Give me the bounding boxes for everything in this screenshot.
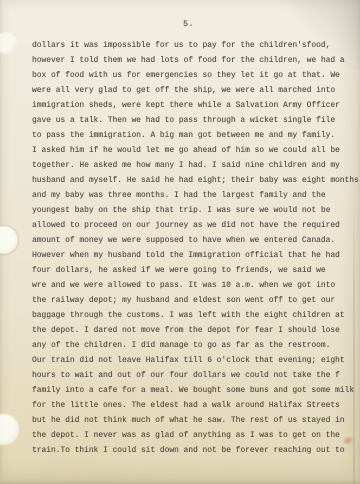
page-number: 5. [32,20,345,29]
text-line: box of food with us for emergencies so t… [32,68,352,83]
text-line: the depot. I dared not move from the dep… [32,323,352,338]
text-line: Our train did not leave Halifax till 6 o… [32,353,352,368]
text-line: husband and myself. He said he had eight… [32,173,352,188]
text-line: youngest baby on the ship that trip. I w… [32,203,352,218]
text-line: hours to wait and out of our four dollar… [32,368,352,383]
text-line: I asked him if he would let me go ahead … [32,143,352,158]
document-page: 5. dollars it was impossible for us to p… [0,0,360,484]
text-line: gave us a talk. Then we had to pass thro… [32,113,352,128]
text-line: but he did not think much of what he saw… [32,413,352,428]
text-line: any of the children. I did manage to go … [32,338,352,353]
text-line: immigration sheds, were kept there while… [32,98,352,113]
text-line: to pass the immigration. A big man got b… [32,128,352,143]
text-line: for the little ones. The eldest had a wa… [32,398,352,413]
text-line: family into a cafe for a meal. We bought… [32,383,352,398]
hole-punch-bottom [0,414,19,445]
text-line: allowed to proceed on our journey as we … [32,218,352,233]
text-line: four dollars, he asked if we were going … [32,263,352,278]
text-line: however I told them we had lots of food … [32,53,352,68]
text-line: train.To think I could sit down and not … [32,443,352,458]
text-line: amount of money we were supposed to have… [32,233,352,248]
text-line: and my baby was three months. I had the … [32,188,352,203]
hole-punch-top [0,32,17,54]
text-line: were all very glad to get off the ship, … [32,83,352,98]
text-line: the depot. I never was as glad of anythi… [32,428,352,443]
typewritten-text-block: dollars it was impossible for us to pay … [32,38,352,458]
text-line: However when my husband told the Immigra… [32,248,352,263]
text-line: baggage through the customs. I was left … [32,308,352,323]
text-line: dollars it was impossible for us to pay … [32,38,352,53]
text-line: wre and we were allowed to pass. It was … [32,278,352,293]
text-line: the railway depot; my husband and eldest… [32,293,352,308]
text-line: together. He asked me how many I had. I … [32,158,352,173]
hole-punch-middle [0,226,18,254]
